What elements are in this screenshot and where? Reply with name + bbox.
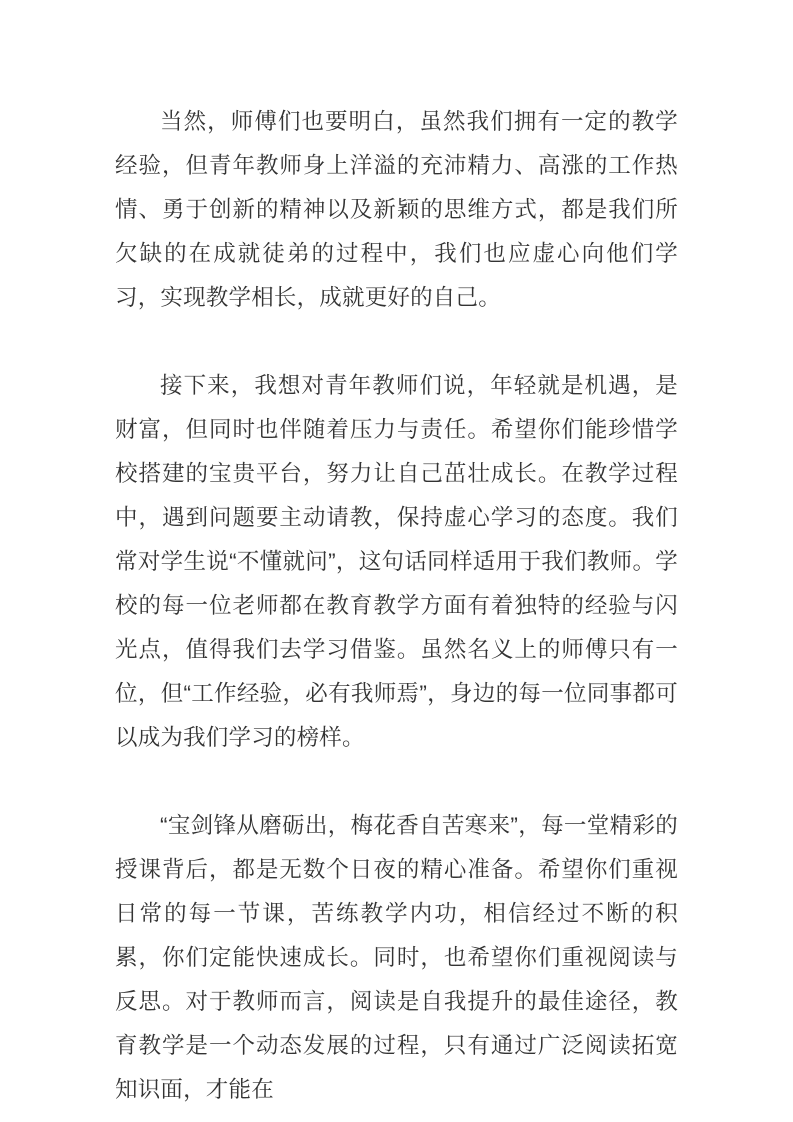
document-page: 当然，师傅们也要明白，虽然我们拥有一定的教学经验，但青年教师身上洋溢的充沛精力、… (0, 0, 793, 1122)
document-canvas: 当然，师傅们也要明白，虽然我们拥有一定的教学经验，但青年教师身上洋溢的充沛精力、… (0, 0, 793, 1122)
paragraph-3: “宝剑锋从磨砺出，梅花香自苦寒来”，每一堂精彩的授课背后，都是无数个日夜的精心准… (115, 804, 678, 1112)
paragraph-2: 接下来，我想对青年教师们说，年轻就是机遇，是财富，但同时也伴随着压力与责任。希望… (115, 364, 678, 760)
paragraph-1: 当然，师傅们也要明白，虽然我们拥有一定的教学经验，但青年教师身上洋溢的充沛精力、… (115, 100, 678, 320)
